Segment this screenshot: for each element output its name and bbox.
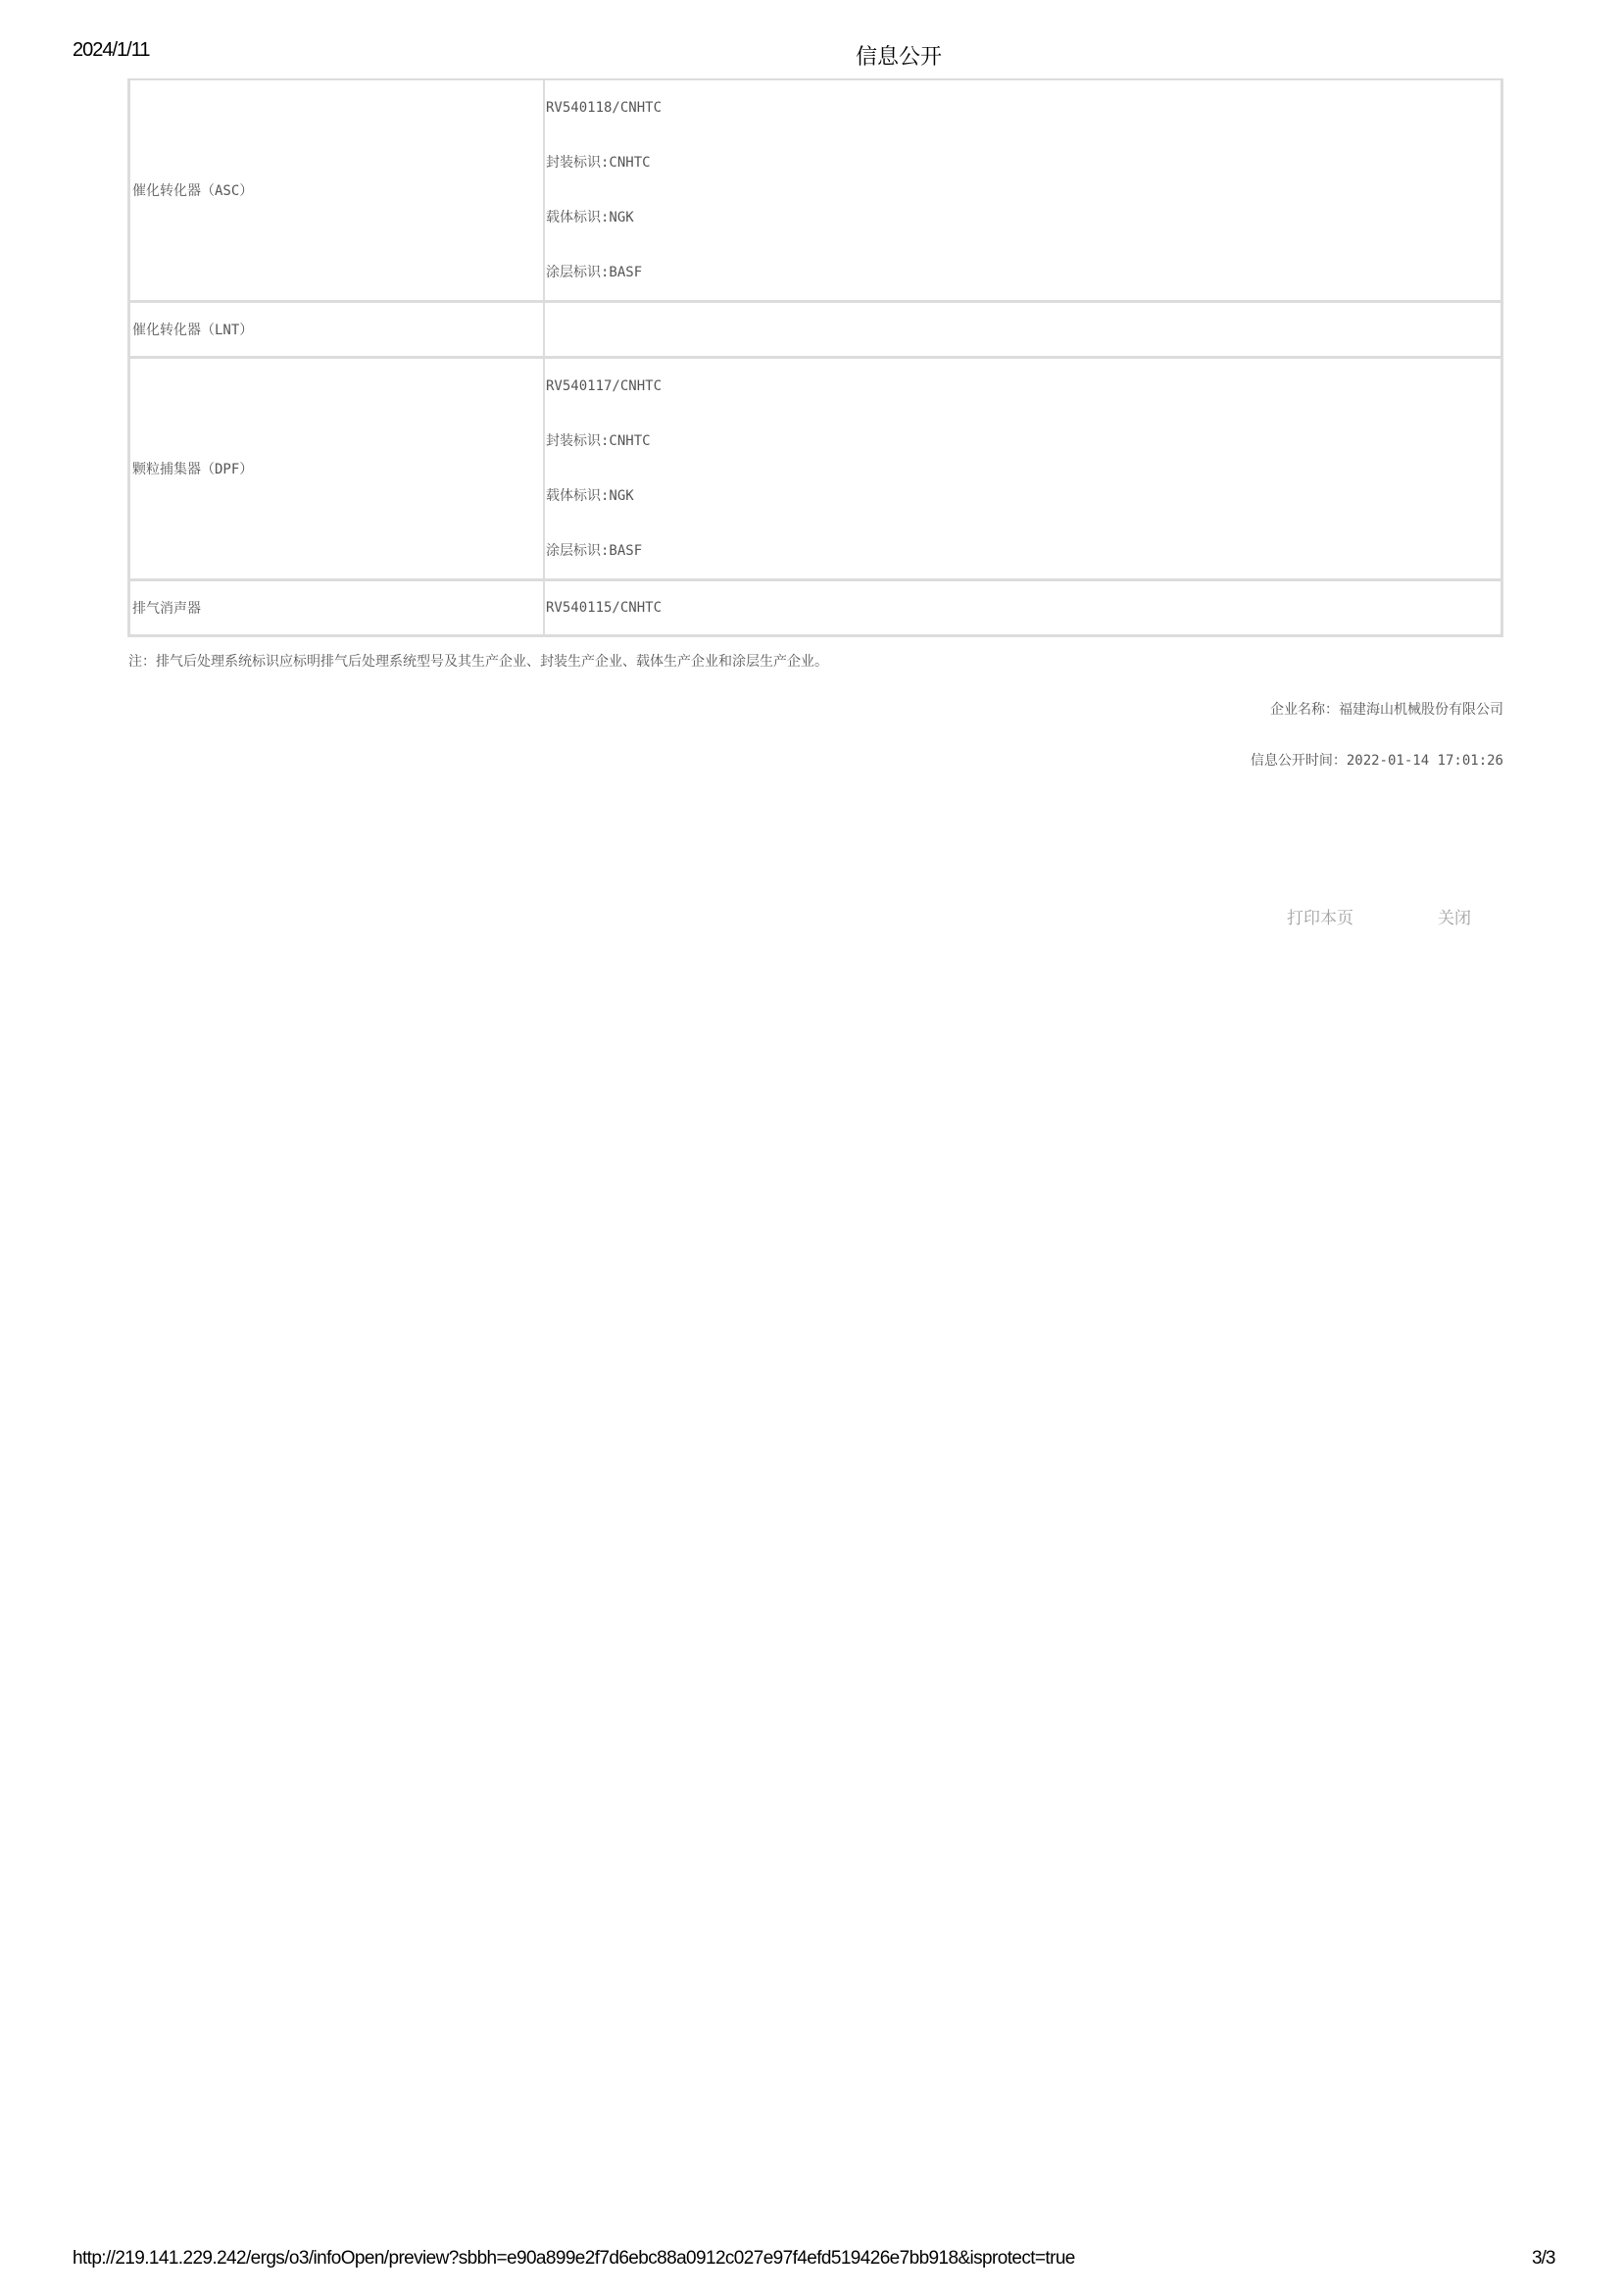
print-header-date: 2024/1/11 <box>73 39 150 62</box>
page-title: 信息公开 <box>856 40 942 71</box>
table-note: 注：排气后处理系统标识应标明排气后处理系统型号及其生产企业、封装生产企业、载体生… <box>128 651 828 671</box>
aftertreatment-info-table: 催化转化器（ASC） RV540118/CNHTC 封装标识:CNHTC 载体标… <box>127 78 1503 637</box>
publish-time-label: 信息公开时间： <box>1251 753 1347 769</box>
publish-time: 信息公开时间：2022-01-14 17:01:26 <box>1251 750 1503 770</box>
publish-time-value: 2022-01-14 17:01:26 <box>1347 753 1503 769</box>
table-row: 催化转化器（LNT） <box>129 301 1501 357</box>
package-mark-value: 封装标识:CNHTC <box>546 135 1500 190</box>
table-row: 排气消声器 RV540115/CNHTC <box>129 579 1501 635</box>
row-label: 催化转化器（ASC） <box>129 80 544 301</box>
row-values <box>544 301 1501 357</box>
company-name: 企业名称：福建海山机械股份有限公司 <box>1270 699 1503 719</box>
print-footer-url: http://219.141.229.242/ergs/o3/infoOpen/… <box>73 2248 1075 2270</box>
model-value: RV540117/CNHTC <box>546 359 1500 414</box>
model-value: RV540115/CNHTC <box>546 600 662 616</box>
print-footer-page-number: 3/3 <box>1532 2248 1554 2270</box>
row-label: 颗粒捕集器（DPF） <box>129 357 544 579</box>
print-page-button[interactable]: 打印本页 <box>1287 904 1353 928</box>
row-values: RV540118/CNHTC 封装标识:CNHTC 载体标识:NGK 涂层标识:… <box>544 80 1501 301</box>
row-values: RV540117/CNHTC 封装标识:CNHTC 载体标识:NGK 涂层标识:… <box>544 357 1501 579</box>
carrier-mark-value: 载体标识:NGK <box>546 469 1500 524</box>
coating-mark-value: 涂层标识:BASF <box>546 245 1500 300</box>
company-value: 福建海山机械股份有限公司 <box>1339 702 1503 718</box>
row-label: 催化转化器（LNT） <box>129 301 544 357</box>
row-label: 排气消声器 <box>129 579 544 635</box>
table-row: 催化转化器（ASC） RV540118/CNHTC 封装标识:CNHTC 载体标… <box>129 80 1501 301</box>
carrier-mark-value: 载体标识:NGK <box>546 190 1500 245</box>
model-value: RV540118/CNHTC <box>546 80 1500 135</box>
row-values: RV540115/CNHTC <box>544 579 1501 635</box>
package-mark-value: 封装标识:CNHTC <box>546 414 1500 469</box>
close-button[interactable]: 关闭 <box>1438 904 1471 928</box>
company-label: 企业名称： <box>1270 702 1339 718</box>
table-row: 颗粒捕集器（DPF） RV540117/CNHTC 封装标识:CNHTC 载体标… <box>129 357 1501 579</box>
coating-mark-value: 涂层标识:BASF <box>546 524 1500 578</box>
